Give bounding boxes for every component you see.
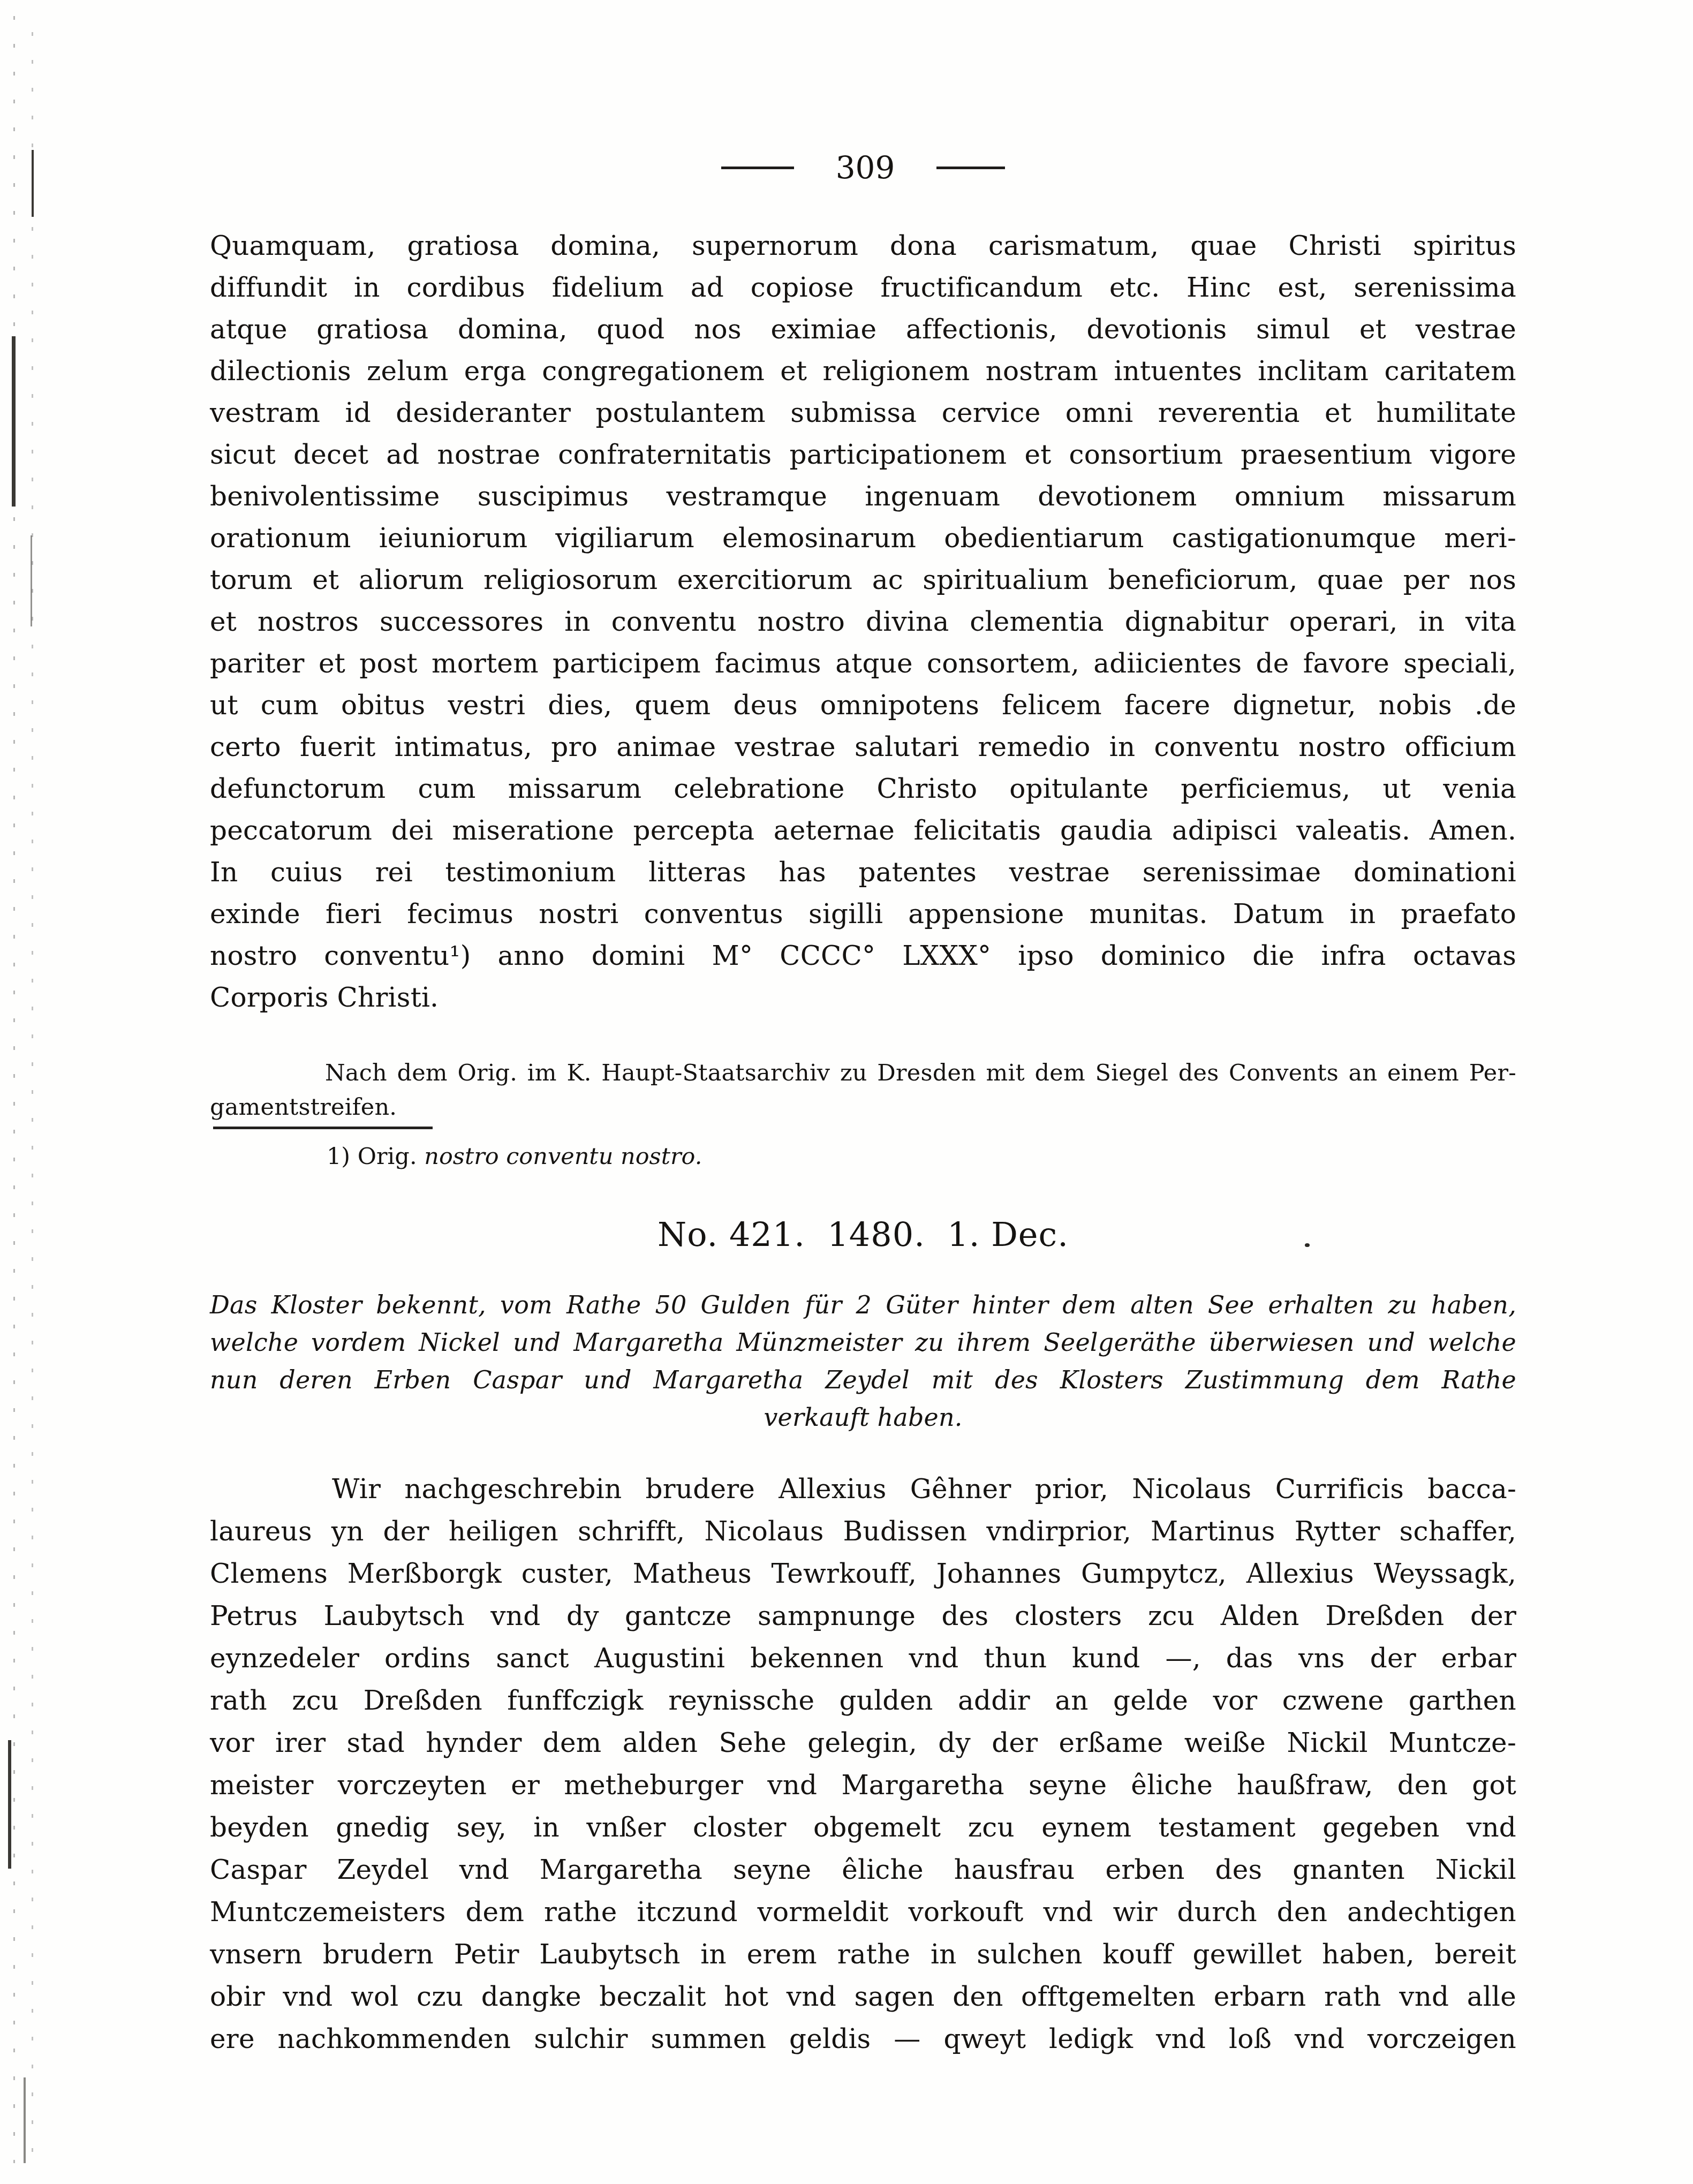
scan-artifact xyxy=(12,336,16,507)
header-rule-left xyxy=(721,167,794,169)
footnote-italic-text: nostro conventu nostro. xyxy=(424,1143,702,1170)
text-line: Wir nachgeschrebin brudere Allexius Gêhn… xyxy=(210,1468,1516,1510)
entry-body-paragraph: Wir nachgeschrebin brudere Allexius Gêhn… xyxy=(210,1468,1516,2060)
text-line: Quamquam, gratiosa domina, supernorum do… xyxy=(210,225,1516,267)
text-line: certo fuerit intimatus, pro animae vestr… xyxy=(210,726,1516,768)
text-line: vestram id desideranter postulantem subm… xyxy=(210,392,1516,434)
text-line: peccatorum dei miseratione percepta aete… xyxy=(210,810,1516,851)
entry-heading: No. 421. 1480. 1. Dec. xyxy=(210,1214,1516,1255)
text-line: Clemens Merßborgk custer, Matheus Tewrko… xyxy=(210,1553,1516,1595)
text-line: dilectionis zelum erga congregationem et… xyxy=(210,350,1516,392)
text-line: verkauft haben. xyxy=(210,1399,1516,1436)
text-line: Caspar Zeydel vnd Margaretha seyne êlich… xyxy=(210,1849,1516,1891)
text-line: sicut decet ad nostrae confraternitatis … xyxy=(210,434,1516,475)
text-line: atque gratiosa domina, quod nos eximiae … xyxy=(210,308,1516,350)
text-line: obir vnd wol czu dangke beczalit hot vnd… xyxy=(210,1976,1516,2018)
text-line: ere nachkommenden sulchir summen geldis … xyxy=(210,2018,1516,2060)
text-line: eynzedeler ordins sanct Augustini bekenn… xyxy=(210,1637,1516,1680)
scan-artifact xyxy=(32,32,33,2152)
scan-artifact xyxy=(32,150,34,217)
text-line: laureus yn der heiligen schrifft, Nicola… xyxy=(210,1510,1516,1553)
text-line: torum et aliorum religiosorum exercitior… xyxy=(210,559,1516,601)
page-number: 309 xyxy=(836,149,895,186)
ink-speck xyxy=(1305,1243,1310,1247)
text-line: rath zcu Dreßden funffczigk reynissche g… xyxy=(210,1680,1516,1722)
text-line: Das Kloster bekennt, vom Rathe 50 Gulden… xyxy=(210,1286,1516,1324)
text-line: et nostros successores in conventu nostr… xyxy=(210,601,1516,643)
text-line: exinde fieri fecimus nostri conventus si… xyxy=(210,893,1516,935)
text-line: Muntczemeisters dem rathe itczund vormel… xyxy=(210,1891,1516,1933)
page-header: 309 xyxy=(210,149,1516,186)
text-line: Corporis Christi. xyxy=(210,977,1516,1018)
archival-source-note: Nach dem Orig. im K. Haupt-Staatsarchiv … xyxy=(210,1056,1516,1124)
text-line: Nach dem Orig. im K. Haupt-Staatsarchiv … xyxy=(210,1056,1516,1090)
scan-artifact xyxy=(31,535,32,626)
footnote-separator-rule xyxy=(213,1127,433,1129)
text-line: meister vorczeyten er metheburger vnd Ma… xyxy=(210,1764,1516,1807)
entry-summary-italic: Das Kloster bekennt, vom Rathe 50 Gulden… xyxy=(210,1286,1516,1436)
scan-artifact xyxy=(24,2077,26,2163)
text-line: gamentstreifen. xyxy=(210,1090,1516,1124)
text-line: vor irer stad hynder dem alden Sehe gele… xyxy=(210,1722,1516,1764)
text-line: diffundit in cordibus fidelium ad copios… xyxy=(210,267,1516,308)
footnote: 1) Orig. nostro conventu nostro. xyxy=(210,1142,1516,1172)
text-line: defunctorum cum missarum celebratione Ch… xyxy=(210,768,1516,810)
text-line: benivolentissime suscipimus vestramque i… xyxy=(210,475,1516,517)
text-line: beyden gnedig sey, in vnßer closter obge… xyxy=(210,1807,1516,1849)
text-line: In cuius rei testimonium litteras has pa… xyxy=(210,851,1516,893)
text-line: orationum ieiuniorum vigiliarum elemosin… xyxy=(210,517,1516,559)
text-line: ut cum obitus vestri dies, quem deus omn… xyxy=(210,684,1516,726)
text-line: vnsern brudern Petir Laubytsch in erem r… xyxy=(210,1933,1516,1976)
footnote-marker-text: 1) Orig. xyxy=(327,1143,417,1170)
latin-charter-paragraph: Quamquam, gratiosa domina, supernorum do… xyxy=(210,225,1516,1018)
scanned-book-page: 309 Quamquam, gratiosa domina, supernoru… xyxy=(0,0,1693,2184)
header-rule-right xyxy=(936,167,1005,169)
text-line: Petrus Laubytsch vnd dy gantcze sampnung… xyxy=(210,1595,1516,1637)
text-line: pariter et post mortem participem facimu… xyxy=(210,643,1516,684)
text-line: nostro conventu¹) anno domini M° CCCC° L… xyxy=(210,935,1516,977)
scan-artifact xyxy=(8,1740,11,1869)
text-line: welche vordem Nickel und Margaretha Münz… xyxy=(210,1324,1516,1361)
text-line: nun deren Erben Caspar und Margaretha Ze… xyxy=(210,1361,1516,1399)
